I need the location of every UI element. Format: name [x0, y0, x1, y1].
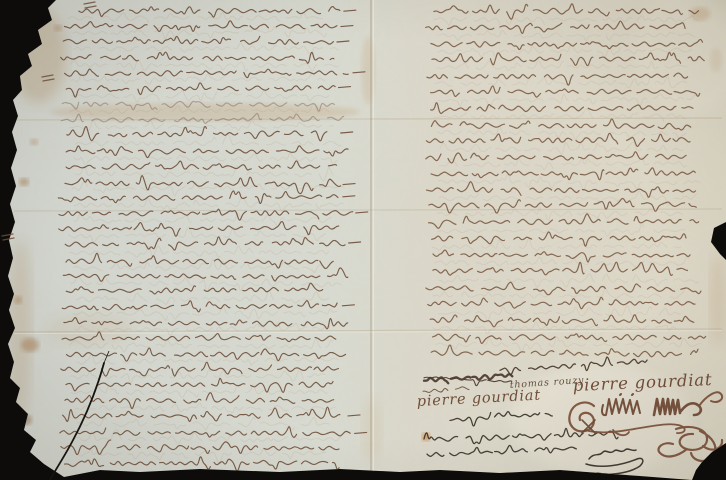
manuscript-svg: thomas rouzy pierre gourdiat pierre gour… [0, 0, 726, 480]
document-scan: thomas rouzy pierre gourdiat pierre gour… [0, 0, 726, 480]
edge-vignette [8, 0, 726, 480]
